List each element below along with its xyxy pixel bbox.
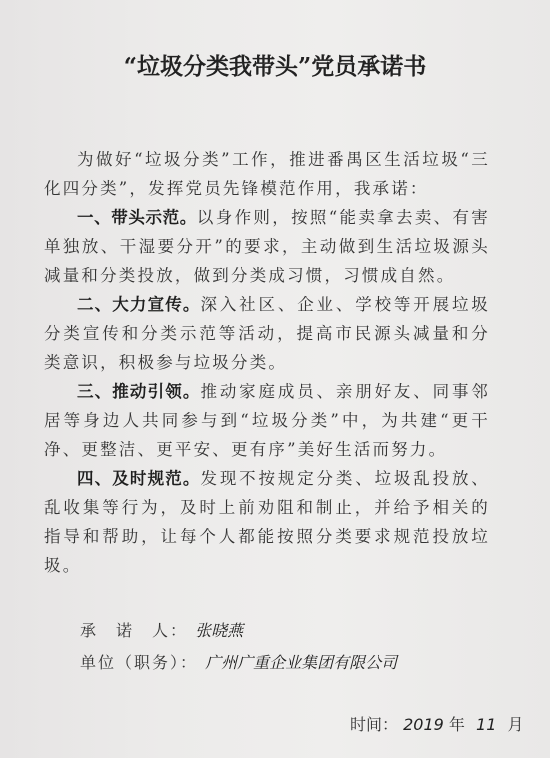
unit-signature: 广州广重企业集团有限公司 <box>205 653 397 672</box>
item-heading: 三、推动引领。 <box>77 382 201 401</box>
item-heading: 四、及时规范。 <box>77 469 201 488</box>
item-heading: 二、大力宣传。 <box>77 295 201 314</box>
item-heading: 一、带头示范。 <box>77 208 197 227</box>
commitment-item-3: 三、推动引领。推动家庭成员、亲朋好友、同事邻居等身边人共同参与到“垃圾分类”中，… <box>44 377 490 464</box>
date-line: 时间： 2019 年 11 月 <box>350 712 524 735</box>
date-label: 时间： <box>350 715 398 734</box>
date-month: 11 <box>476 715 496 734</box>
document-page: “垃圾分类我带头”党员承诺书 为做好“垃圾分类”工作，推进番禺区生活垃圾“三化四… <box>0 0 550 758</box>
document-title: “垃圾分类我带头”党员承诺书 <box>0 48 550 81</box>
promisor-label: 承 诺 人： <box>80 621 188 640</box>
unit-label: 单位（职务）： <box>80 653 198 672</box>
commitment-item-4: 四、及时规范。发现不按规定分类、垃圾乱投放、乱收集等行为，及时上前劝阻和制止，并… <box>44 464 490 580</box>
date-year: 2019 <box>403 715 444 734</box>
date-month-unit: 月 <box>507 715 523 734</box>
document-body: 为做好“垃圾分类”工作，推进番禺区生活垃圾“三化四分类”，发挥党员先锋模范作用，… <box>44 145 490 580</box>
intro-paragraph: 为做好“垃圾分类”工作，推进番禺区生活垃圾“三化四分类”，发挥党员先锋模范作用，… <box>44 145 490 203</box>
promisor-signature: 张晓燕 <box>195 621 243 640</box>
commitment-item-1: 一、带头示范。以身作则，按照“能卖拿去卖、有害单独放、干湿要分开”的要求，主动做… <box>44 203 490 290</box>
commitment-item-2: 二、大力宣传。深入社区、企业、学校等开展垃圾分类宣传和分类示范等活动，提高市民源… <box>44 290 490 377</box>
date-year-unit: 年 <box>449 715 465 734</box>
unit-line: 单位（职务）： 广州广重企业集团有限公司 <box>80 650 397 673</box>
promisor-line: 承 诺 人： 张晓燕 <box>80 618 243 641</box>
